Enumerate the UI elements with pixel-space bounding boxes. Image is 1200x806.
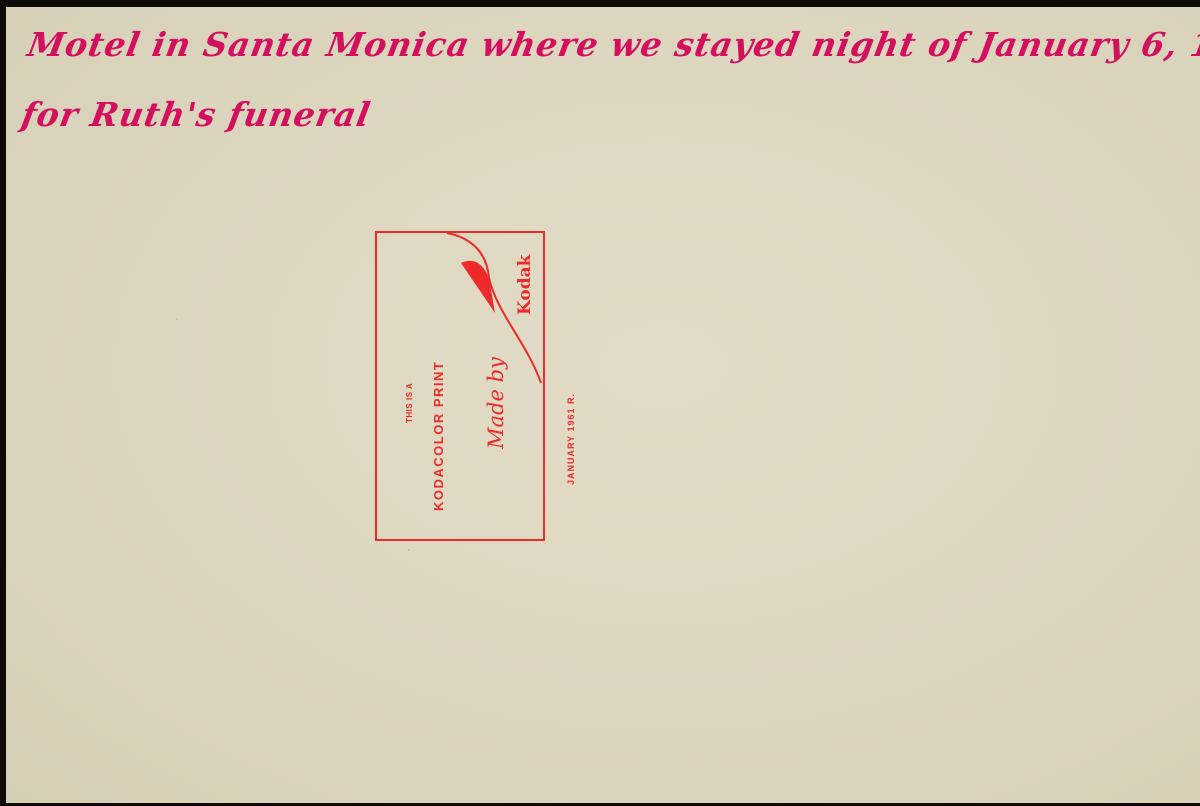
- paper-speck: [408, 549, 410, 551]
- stamp-this-is-a: THIS IS A: [405, 383, 414, 423]
- stamp-kodak-logo: Kodak: [515, 255, 535, 315]
- paper-speck: [176, 318, 178, 320]
- stamp-kodacolor-print: KODACOLOR PRINT: [431, 361, 446, 511]
- photo-back: Motel in Santa Monica where we stayed ni…: [6, 7, 1200, 803]
- print-date-stamp: JANUARY 1961 R.: [566, 393, 576, 485]
- handwritten-note-line-2: for Ruth's funeral: [19, 95, 374, 134]
- handwritten-note-line-1: Motel in Santa Monica where we stayed ni…: [25, 25, 1200, 64]
- stamp-made-by: Made by: [484, 357, 508, 449]
- kodacolor-stamp: THIS IS A KODACOLOR PRINT Made by Kodak: [375, 231, 545, 541]
